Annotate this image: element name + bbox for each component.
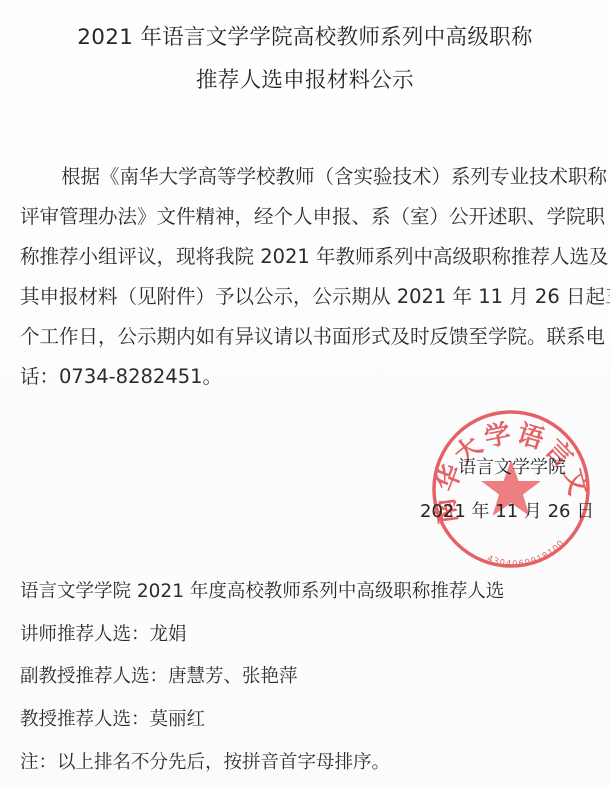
candidate-professor: 教授推荐人选：莫丽红 xyxy=(20,705,205,731)
candidate-label: 讲师推荐人选： xyxy=(20,624,150,645)
paragraph-line: 话：0734-8282451。 xyxy=(20,357,592,397)
candidate-lecturer: 讲师推荐人选：龙娟 xyxy=(20,620,187,646)
svg-text:4304060918100: 4304060918100 xyxy=(485,538,567,569)
paragraph-line: 个工作日，公示期内如有异议请以书面形式及时反馈至学院。联系电 xyxy=(20,317,592,357)
candidates-heading: 语言文学学院 2021 年度高校教师系列中高级职称推荐人选 xyxy=(20,577,504,603)
document-page: 2021 年语言文学学院高校教师系列中高级职称 推荐人选申报材料公示 根据《南华… xyxy=(0,0,610,786)
candidate-associate-professor: 副教授推荐人选：唐慧芳、张艳萍 xyxy=(20,662,298,688)
signature-date: 2021 年 11 月 26 日 xyxy=(420,497,594,523)
document-title-line-2: 推荐人选申报材料公示 xyxy=(0,63,610,94)
official-seal-icon: 南华大学语言文学院 4304060918100 xyxy=(430,408,592,570)
paragraph-line: 其申报材料（见附件）予以公示，公示期从 2021 年 11 月 26 日起三 xyxy=(20,277,592,317)
paragraph-line: 称推荐小组评议，现将我院 2021 年教师系列中高级职称推荐人选及 xyxy=(20,237,592,277)
paragraph-line: 根据《南华大学高等学校教师（含实验技术）系列专业技术职称 xyxy=(20,157,592,197)
signature-organization: 语言文学学院 xyxy=(458,453,566,479)
paragraph-line: 评审管理办法》文件精神，经个人申报、系（室）公开述职、学院职 xyxy=(20,197,592,237)
ordering-note: 注：以上排名不分先后，按拼音首字母排序。 xyxy=(20,748,390,774)
candidate-names: 莫丽红 xyxy=(150,709,206,730)
notice-paragraph: 根据《南华大学高等学校教师（含实验技术）系列专业技术职称 评审管理办法》文件精神… xyxy=(20,157,592,397)
candidate-label: 副教授推荐人选： xyxy=(20,666,168,687)
candidate-label: 教授推荐人选： xyxy=(20,709,150,730)
document-title-line-1: 2021 年语言文学学院高校教师系列中高级职称 xyxy=(0,20,610,51)
candidate-names: 唐慧芳、张艳萍 xyxy=(168,666,298,687)
candidate-names: 龙娟 xyxy=(150,624,187,645)
